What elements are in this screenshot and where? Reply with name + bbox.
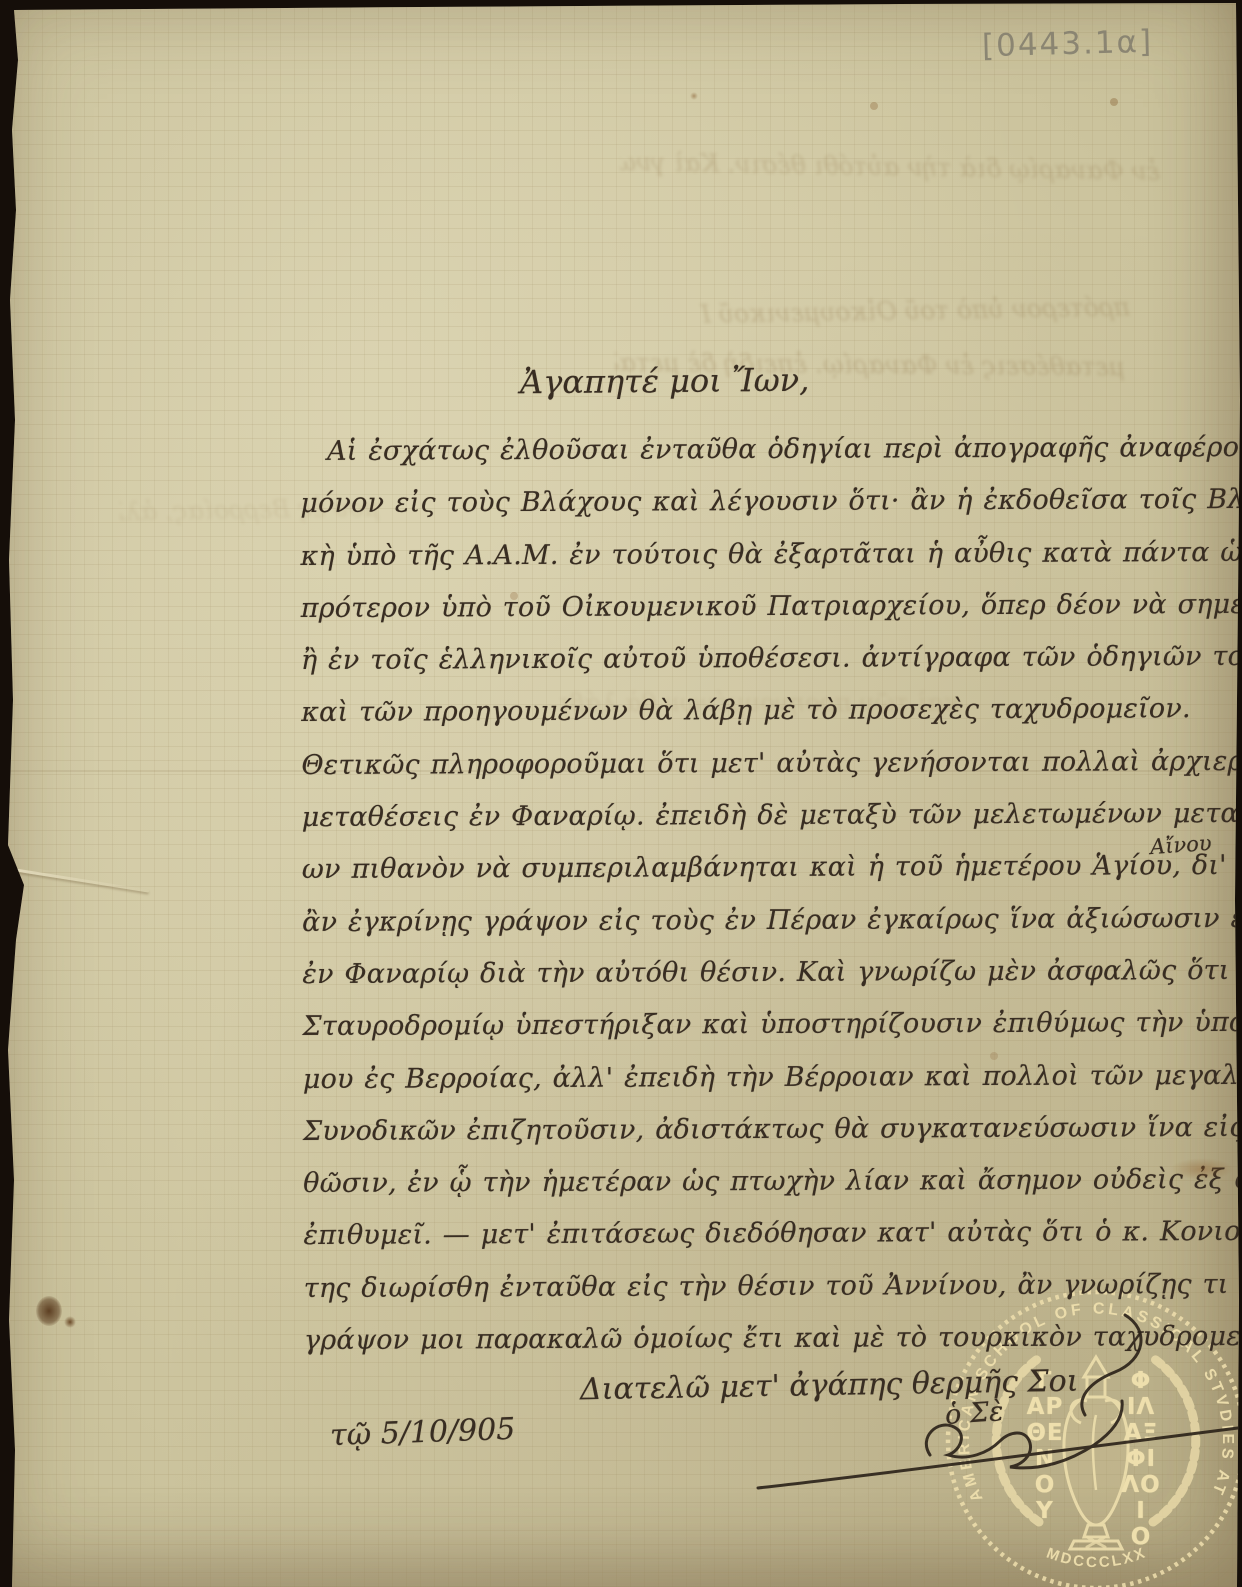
handwritten-line: ἂν ἐγκρίνῃς γράψον εἰς τοὺς ἐν Πέραν ἐγκ… [302, 893, 1227, 949]
handwritten-line: Θετικῶς πληροφοροῦμαι ὅτι μετ' αὐτὰς γεν… [301, 736, 1226, 792]
letter-body: Αἱ ἐσχάτως ἐλθοῦσαι ἐνταῦθα ὁδηγίαι περὶ… [300, 422, 1229, 1367]
handwritten-line: κὴ ὑπὸ τῆς Α.Α.Μ. ἐν τούτοις θὰ ἐξαρτᾶτα… [300, 527, 1225, 583]
handwritten-line: Αἱ ἐσχάτως ἐλθοῦσαι ἐνταῦθα ὁδηγίαι περὶ… [300, 422, 1225, 478]
handwritten-line: καὶ τῶν προηγουμένων θὰ λάβῃ μὲ τὸ προσε… [301, 683, 1226, 739]
letter-paper: ἐν Φαναρίῳ διὰ τὴν αὐτόθι θέσιν. Καὶ γνω… [0, 0, 1242, 1587]
handwritten-line: ἢ ἐν τοῖς ἑλληνικοῖς αὐτοῦ ὑποθέσεσι. ἀν… [301, 631, 1226, 687]
handwritten-line: Σταυροδρομίῳ ὑπεστήριξαν καὶ ὑποστηρίζου… [302, 997, 1227, 1053]
interline-insertion: Αἴνου [1149, 831, 1212, 859]
handwritten-line: ἐπιθυμεῖ. — μετ' ἐπιτάσεως διεδόθησαν κα… [303, 1206, 1228, 1262]
handwritten-line: Συνοδικῶν ἐπιζητοῦσιν, ἀδιστάκτως θὰ συγ… [303, 1102, 1228, 1158]
handwritten-line: θῶσιν, ἐν ᾧ τὴν ἡμετέραν ὡς πτωχὴν λίαν … [303, 1154, 1228, 1210]
signature-flourish [700, 1290, 1242, 1520]
salutation: Ἀγαπητέ μοι Ἴων, [520, 361, 810, 402]
seal-letter: Ο [1131, 1524, 1152, 1550]
handwritten-line: μου ἐς Βερροίας, ἀλλ' ἐπειδὴ τὴν Βέρροια… [303, 1050, 1228, 1106]
date-line: τῷ 5/10/905 [329, 1412, 515, 1453]
catalog-annotation: [0443.1α] [982, 24, 1154, 64]
scanned-letter-page: { "annotation": "[0443.1α]", "letter": {… [0, 0, 1242, 1587]
handwritten-line: ἐν Φαναρίῳ διὰ τὴν αὐτόθι θέσιν. Καὶ γνω… [302, 945, 1227, 1001]
handwritten-line: ων πιθανὸν νὰ συμπεριλαμβάνηται καὶ ἡ το… [302, 840, 1227, 896]
handwritten-line: μεταθέσεις ἐν Φαναρίῳ. ἐπειδὴ δὲ μεταξὺ … [302, 788, 1227, 844]
handwritten-line: πρότερον ὑπὸ τοῦ Οἰκουμενικοῦ Πατριαρχεί… [301, 579, 1226, 635]
handwritten-line: μόνον εἰς τοὺς Βλάχους καὶ λέγουσιν ὅτι·… [300, 474, 1225, 530]
